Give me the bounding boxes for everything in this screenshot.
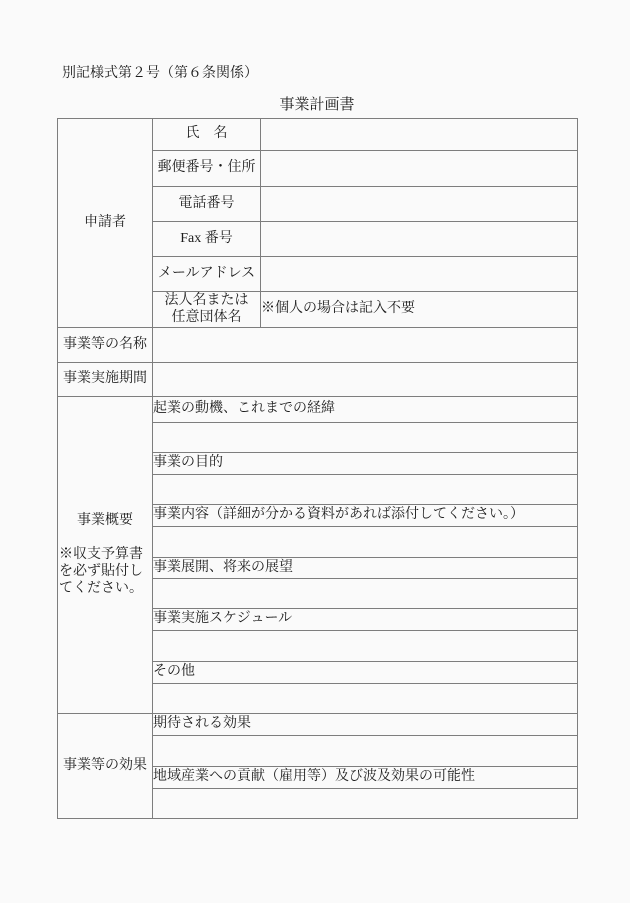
overview-section-label: 事業概要 bbox=[58, 513, 152, 530]
overview-item-schedule-input-cell[interactable] bbox=[153, 631, 578, 662]
overview-item-details-label: 事業内容（詳細が分かる資料があれば添付してください。） bbox=[153, 505, 578, 527]
fax-input-cell[interactable] bbox=[261, 222, 578, 257]
postal-address-field-label: 郵便番号・住所 bbox=[153, 151, 261, 187]
applicant-section-label: 申請者 bbox=[58, 119, 153, 328]
business-period-input-cell[interactable] bbox=[153, 363, 578, 397]
organization-name-label-line1: 法人名または bbox=[153, 293, 260, 310]
phone-input-cell[interactable] bbox=[261, 187, 578, 222]
name-input-cell[interactable] bbox=[261, 119, 578, 151]
business-period-row-label: 事業実施期間 bbox=[58, 363, 153, 397]
effects-item-expected-input-cell[interactable] bbox=[153, 736, 578, 767]
postal-address-input-cell[interactable] bbox=[261, 151, 578, 187]
effects-item-contribution-label: 地域産業への貢献（雇用等）及び波及効果の可能性 bbox=[153, 767, 578, 789]
organization-name-note: ※個人の場合は記入不要 bbox=[261, 301, 415, 316]
fax-field-label: Fax 番号 bbox=[153, 222, 261, 257]
overview-item-schedule-label: 事業実施スケジュール bbox=[153, 609, 578, 631]
overview-item-motivation-label: 起業の動機、これまでの経緯 bbox=[153, 397, 578, 423]
phone-field-label: 電話番号 bbox=[153, 187, 261, 222]
document-title: 事業計画書 bbox=[57, 93, 577, 114]
overview-item-expansion-input-cell[interactable] bbox=[153, 579, 578, 609]
overview-budget-note: ※収支予算書を必ず貼付してください。 bbox=[58, 546, 152, 597]
email-field-label: メールアドレス bbox=[153, 257, 261, 292]
effects-item-contribution-input-cell[interactable] bbox=[153, 789, 578, 819]
organization-name-field-label: 法人名または 任意団体名 bbox=[153, 292, 261, 328]
overview-item-other-label: その他 bbox=[153, 662, 578, 684]
organization-name-label-line2: 任意団体名 bbox=[153, 310, 260, 327]
organization-name-input-cell[interactable]: ※個人の場合は記入不要 bbox=[261, 292, 578, 328]
overview-item-details-input-cell[interactable] bbox=[153, 527, 578, 558]
overview-item-other-input-cell[interactable] bbox=[153, 684, 578, 714]
overview-item-expansion-label: 事業展開、将来の展望 bbox=[153, 558, 578, 579]
form-number: 別記様式第２号（第６条関係） bbox=[62, 62, 258, 82]
effects-section-label: 事業等の効果 bbox=[58, 714, 153, 819]
email-input-cell[interactable] bbox=[261, 257, 578, 292]
effects-item-expected-label: 期待される効果 bbox=[153, 714, 578, 736]
overview-item-purpose-label: 事業の目的 bbox=[153, 453, 578, 475]
overview-section-label-cell: 事業概要 ※収支予算書を必ず貼付してください。 bbox=[58, 397, 153, 714]
overview-item-purpose-input-cell[interactable] bbox=[153, 475, 578, 505]
business-plan-form-table: 申請者 氏 名 郵便番号・住所 電話番号 Fax 番号 メールアドレス 法人名ま… bbox=[57, 118, 578, 819]
name-field-label: 氏 名 bbox=[153, 119, 261, 151]
business-name-input-cell[interactable] bbox=[153, 328, 578, 363]
business-name-row-label: 事業等の名称 bbox=[58, 328, 153, 363]
overview-item-motivation-input-cell[interactable] bbox=[153, 423, 578, 453]
